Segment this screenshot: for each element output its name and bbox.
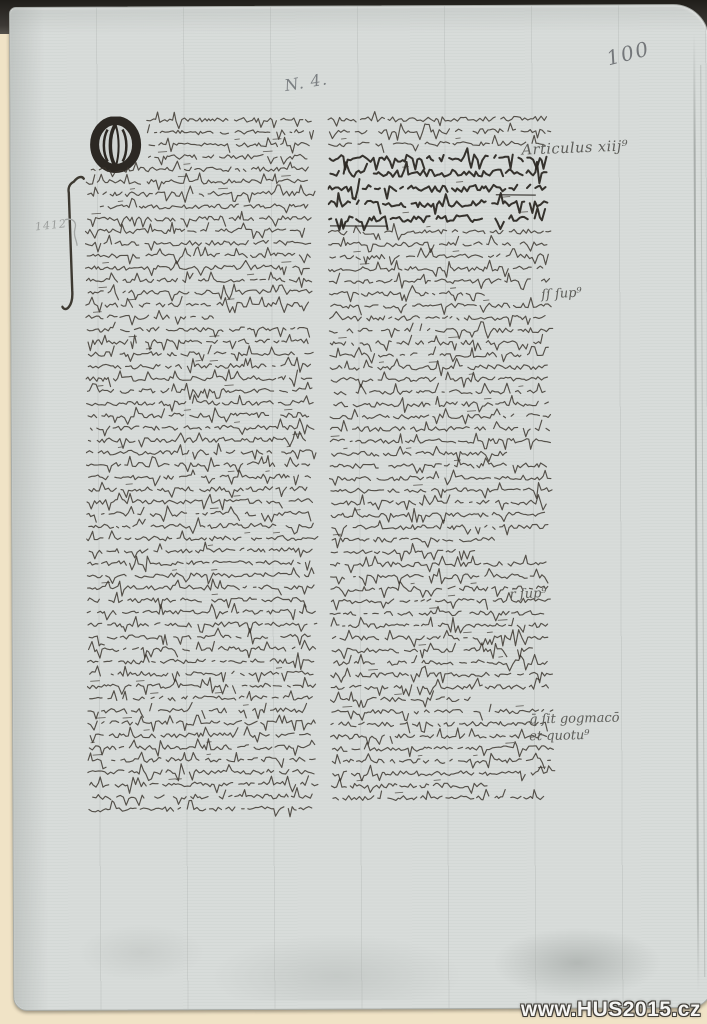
folio-number: 100 (604, 36, 653, 70)
margin-note-supra-2: r̄ ſup⁹ (509, 586, 547, 602)
text-column-right (327, 110, 562, 827)
manuscript-page: 100 N. 4. 1412 Articulus xiij⁹ ſſ ſup⁹ r… (9, 4, 707, 1011)
page-stain (44, 877, 695, 1002)
page-fore-edge (693, 33, 699, 993)
page-fore-edge-inner (700, 65, 705, 977)
margin-note-supra-1: ſſ ſup⁹ (541, 285, 582, 302)
margin-note-gog-2: et quotu⁹ (529, 728, 590, 744)
watermark: www.HUS2015.cz (521, 998, 701, 1022)
pencil-bracket-icon (63, 214, 79, 248)
archival-number: N. 4. (283, 69, 329, 95)
text-column-left (84, 111, 327, 828)
manuscript-photo: 100 N. 4. 1412 Articulus xiij⁹ ſſ ſup⁹ r… (0, 0, 707, 1024)
margin-note-articulus: Articulus xiij⁹ (521, 138, 628, 158)
margin-note-gog-1: q̄ ſit gogmacō (529, 711, 620, 728)
